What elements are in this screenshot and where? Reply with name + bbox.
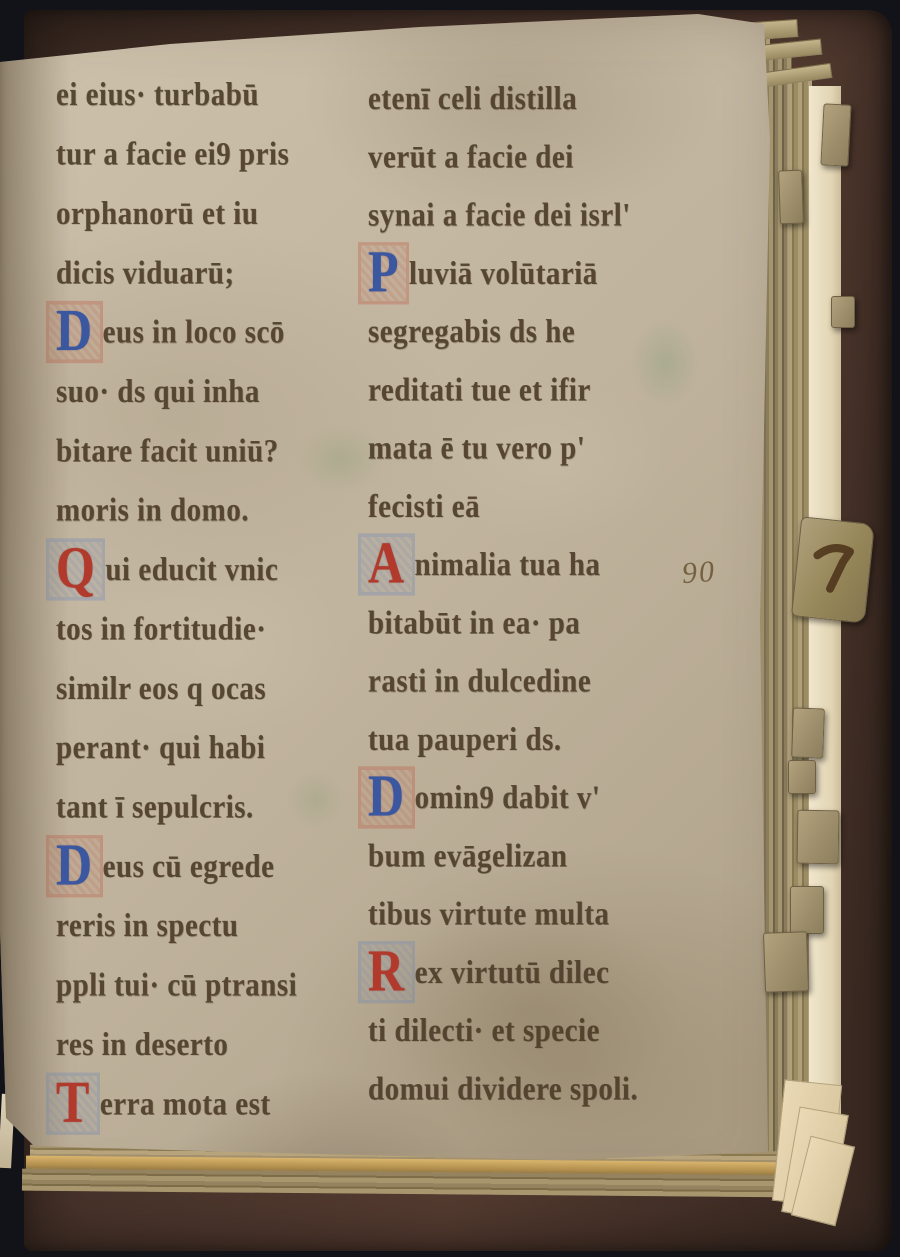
text-line: Animalia tua ha [368, 536, 698, 594]
line-text: ex virtutū dilec [415, 955, 610, 991]
text-line: Pluviā volūtariā [368, 245, 698, 303]
parchment-tab [820, 103, 851, 166]
text-line: reris in spectu [56, 897, 368, 956]
text-line: tibus virtute multa [368, 885, 698, 943]
line-text: tur a facie ei9 pris [56, 137, 289, 173]
text-line: bitabūt in ea· pa [368, 594, 698, 652]
line-text: bitare facit uniū? [56, 433, 279, 469]
parchment-tab [790, 886, 824, 934]
text-line: Qui educit vnic [56, 541, 368, 600]
text-line: suo· ds qui inha [56, 363, 368, 422]
parchment-tab-marked [791, 516, 875, 623]
parchment-tab [791, 707, 825, 758]
text-line: segregabis ds he [368, 303, 698, 361]
parchment-tab [778, 170, 804, 225]
line-text: ui educit vnic [105, 552, 278, 588]
parchment-tab [763, 931, 809, 992]
illuminated-initial: D [361, 770, 412, 825]
line-text: domui dividere spoli. [368, 1071, 638, 1107]
text-line: domui dividere spoli. [368, 1060, 698, 1118]
line-text: tant ī sepulcris. [56, 790, 254, 826]
illuminated-initial: Q [49, 542, 102, 597]
text-line: Domin9 dabit v' [368, 769, 698, 827]
line-text: orphanorū et iu [56, 196, 258, 232]
line-text: dicis viduarū; [56, 255, 235, 291]
line-text: ei eius· turbabū [56, 77, 259, 113]
line-text: reditati tue et ifir [368, 372, 591, 408]
line-text: segregabis ds he [368, 314, 575, 350]
line-text: ti dilecti· et specie [368, 1013, 600, 1049]
text-line: bitare facit uniū? [56, 422, 368, 481]
text-line: reditati tue et ifir [368, 361, 698, 419]
folio-number: 90 [681, 555, 717, 591]
text-line: tua pauperi ds. [368, 711, 698, 769]
text-line: tant ī sepulcris. [56, 778, 368, 837]
text-line: res in deserto [56, 1016, 368, 1075]
illuminated-initial: P [361, 246, 406, 301]
line-text: rasti in dulcedine [368, 664, 591, 700]
line-text: moris in domo. [56, 493, 249, 529]
text-column-left: ei eius· turbabū tur a facie ei9 pris or… [56, 66, 368, 1134]
text-line: etenī celi distilla [368, 70, 698, 128]
text-line: ppli tui· cū ptransi [56, 956, 368, 1015]
line-text: tibus virtute multa [368, 897, 610, 933]
line-text: mata ē tu vero p' [368, 431, 585, 467]
text-line: verūt a facie dei [368, 128, 698, 186]
parchment-tab [788, 760, 816, 794]
illuminated-initial: D [49, 839, 100, 894]
text-line: dicis viduarū; [56, 244, 368, 303]
text-line: rasti in dulcedine [368, 652, 698, 710]
line-text: perant· qui habi [56, 730, 265, 766]
line-text: omin9 dabit v' [415, 780, 601, 816]
line-text: eus cū egrede [103, 849, 275, 885]
line-text: suo· ds qui inha [56, 374, 260, 410]
text-line: fecisti eā [368, 478, 698, 536]
manuscript-photo: ei eius· turbabū tur a facie ei9 pris or… [0, 0, 900, 1257]
illuminated-initial: A [361, 537, 412, 592]
text-column-right: etenī celi distilla verūt a facie dei sy… [368, 70, 698, 1118]
line-text: etenī celi distilla [368, 81, 577, 117]
line-text: erra mota est [100, 1086, 271, 1122]
text-line: tur a facie ei9 pris [56, 125, 368, 184]
text-line: Deus in loco scō [56, 303, 368, 362]
text-line: ti dilecti· et specie [368, 1002, 698, 1060]
illuminated-initial: T [49, 1076, 97, 1131]
illuminated-initial: R [361, 945, 412, 1000]
flyleaf-edge [809, 86, 841, 1174]
text-line: Deus cū egrede [56, 838, 368, 897]
text-line: ei eius· turbabū [56, 66, 368, 125]
line-text: tua pauperi ds. [368, 722, 562, 758]
line-text: verūt a facie dei [368, 139, 574, 175]
text-line: synai a facie dei isrl' [368, 186, 698, 244]
illuminated-initial: D [49, 304, 100, 359]
text-line: mata ē tu vero p' [368, 419, 698, 477]
text-line: Rex virtutū dilec [368, 944, 698, 1002]
line-text: reris in spectu [56, 908, 239, 944]
line-text: res in deserto [56, 1027, 228, 1063]
line-text: luviā volūtariā [409, 256, 598, 292]
tab-mark-7-icon [808, 535, 858, 601]
parchment-tab [797, 810, 840, 865]
text-line: similr eos q ocas [56, 660, 368, 719]
line-text: nimalia tua ha [415, 547, 601, 583]
text-line: tos in fortitudie· [56, 600, 368, 659]
text-line: moris in domo. [56, 482, 368, 541]
parchment-tab [831, 296, 855, 328]
line-text: synai a facie dei isrl' [368, 198, 631, 234]
text-line: Terra mota est [56, 1075, 368, 1134]
line-text: ppli tui· cū ptransi [56, 968, 297, 1004]
line-text: similr eos q ocas [56, 671, 266, 707]
text-line: bum evāgelizan [368, 827, 698, 885]
text-line: orphanorū et iu [56, 185, 368, 244]
line-text: eus in loco scō [103, 315, 285, 351]
line-text: bitabūt in ea· pa [368, 605, 580, 641]
line-text: bum evāgelizan [368, 838, 568, 874]
line-text: tos in fortitudie· [56, 611, 266, 647]
line-text: fecisti eā [368, 489, 480, 525]
text-line: perant· qui habi [56, 719, 368, 778]
